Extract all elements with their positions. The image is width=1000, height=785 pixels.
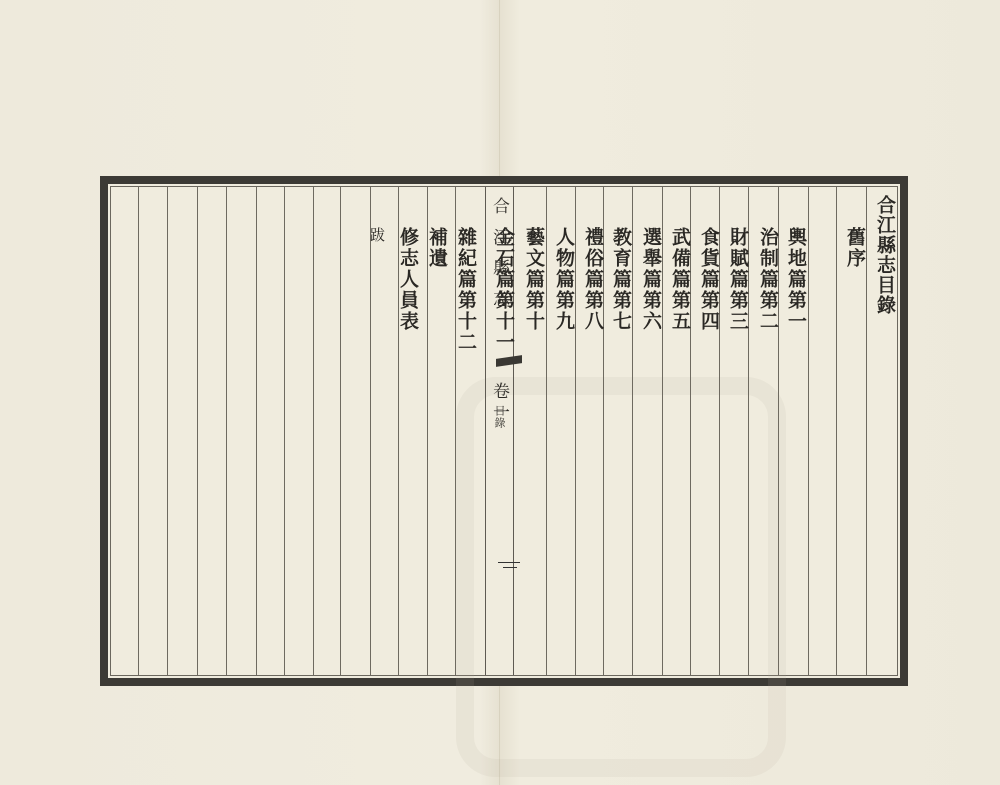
column-rule — [167, 187, 168, 675]
toc-entry: 禮俗篇第八 — [583, 227, 602, 332]
toc-entry: 食貨篇第四 — [699, 227, 718, 332]
toc-entry: 輿地篇第一 — [786, 227, 805, 332]
fish-tail-mark — [496, 355, 522, 367]
column-rule — [836, 187, 837, 675]
column-rule — [226, 187, 227, 675]
toc-entry: 雜紀篇第十二 — [456, 227, 475, 353]
column-rule — [662, 187, 663, 675]
toc-entry: 舊序 — [845, 227, 864, 269]
column-rule — [313, 187, 314, 675]
section-label: 目錄 — [494, 405, 505, 429]
column-rule — [340, 187, 341, 675]
toc-entry: 跋 — [369, 227, 384, 244]
column-rule — [866, 187, 867, 675]
column-rule — [575, 187, 576, 675]
page-number-mark — [498, 562, 520, 563]
page-title: 合江縣志目錄 — [875, 195, 894, 315]
column-rule — [256, 187, 257, 675]
toc-entry: 治制篇第二 — [758, 227, 777, 332]
toc-entry: 教育篇第七 — [611, 227, 630, 332]
toc-entry: 人物篇第九 — [554, 227, 573, 332]
book-title: 合江縣志 — [490, 197, 507, 321]
toc-entry: 選舉篇第六 — [641, 227, 660, 332]
column-rule — [546, 187, 547, 675]
toc-entry: 藝文篇第十 — [524, 227, 543, 332]
page-frame: 合江縣志目錄 舊序 輿地篇第一 治制篇第二 財賦篇第三 食貨篇第四 武備篇第五 … — [100, 176, 908, 686]
toc-entry: 財賦篇第三 — [728, 227, 747, 332]
column-rule — [197, 187, 198, 675]
toc-entry: 修志人員表 — [398, 227, 417, 332]
toc-entry: 補遺 — [427, 227, 446, 269]
column-rule — [632, 187, 633, 675]
toc-entry: 武備篇第五 — [670, 227, 689, 332]
page-frame-inner: 合江縣志目錄 舊序 輿地篇第一 治制篇第二 財賦篇第三 食貨篇第四 武備篇第五 … — [110, 186, 898, 676]
page-number-mark — [503, 567, 517, 568]
column-rule — [370, 187, 371, 675]
center-column-rule — [485, 187, 486, 675]
column-rule — [808, 187, 809, 675]
column-rule — [284, 187, 285, 675]
column-rule — [138, 187, 139, 675]
